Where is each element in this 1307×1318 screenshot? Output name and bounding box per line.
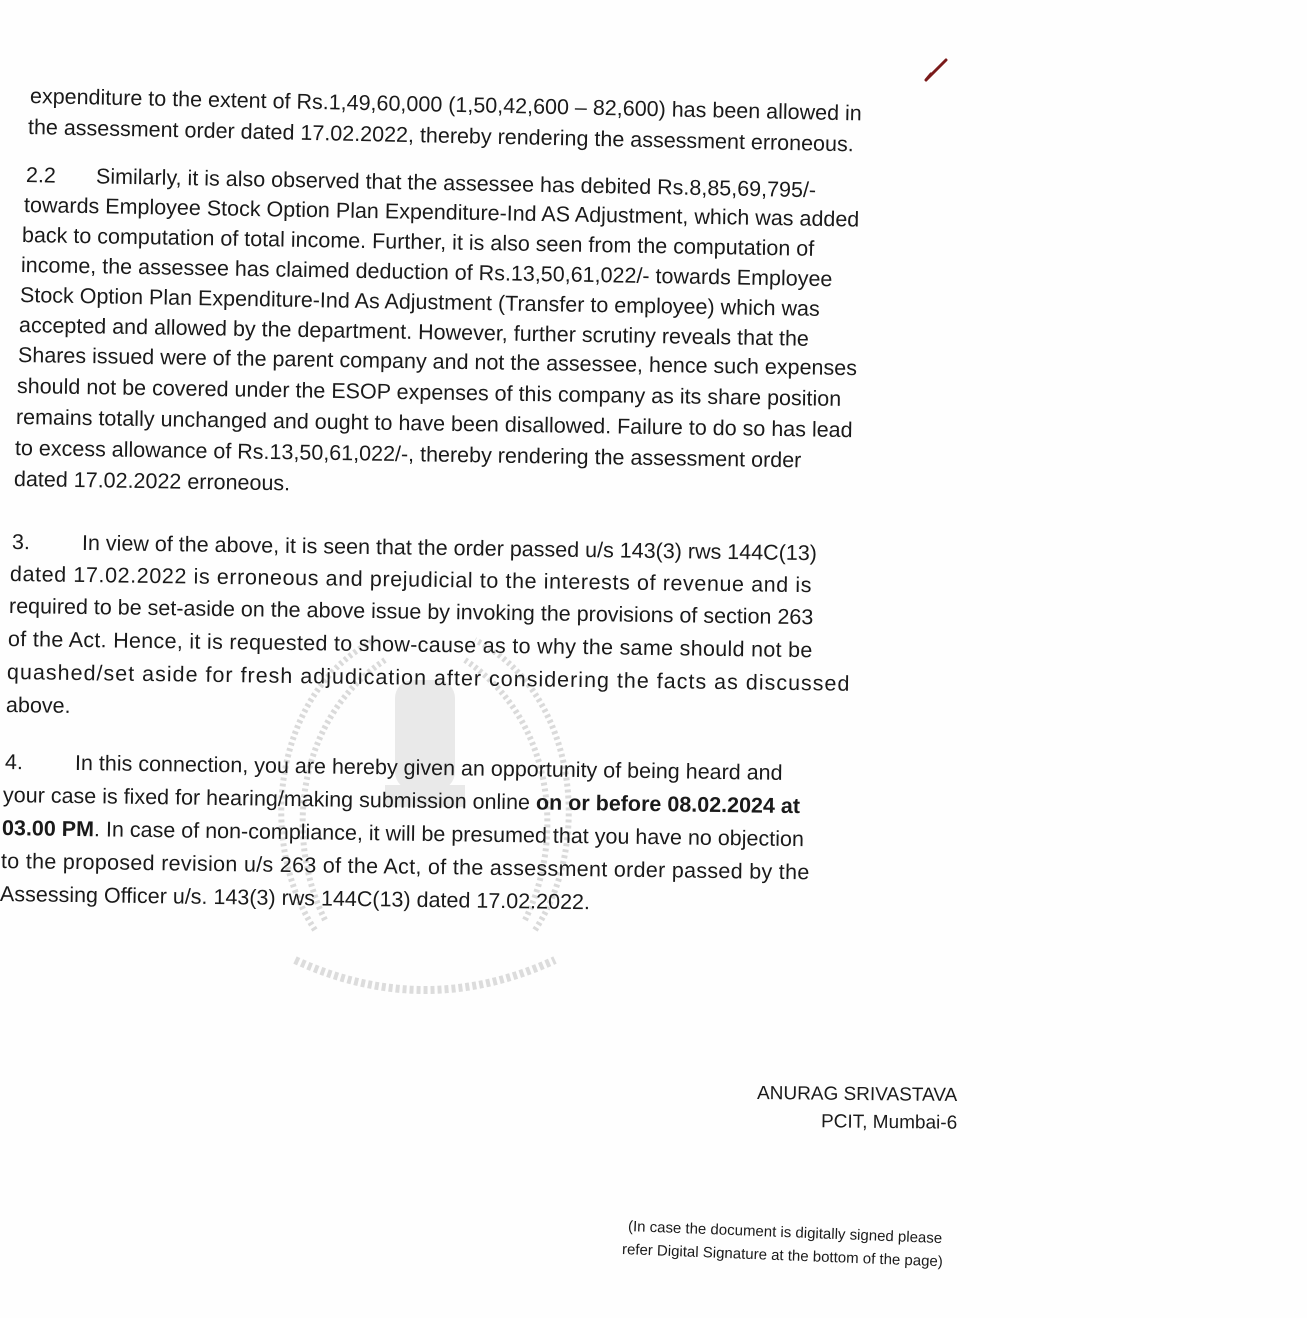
para-3-line: of the Act. Hence, it is requested to sh… bbox=[8, 627, 813, 663]
para-number: 3. bbox=[12, 530, 82, 556]
para-number: 2.2 bbox=[26, 163, 96, 189]
para-4-line: your case is fixed for hearing/making su… bbox=[3, 783, 800, 819]
para-text: In view of the above, it is seen that th… bbox=[82, 531, 817, 565]
para-3-first-line: 3.In view of the above, it is seen that … bbox=[12, 530, 817, 566]
para-3-line: above. bbox=[6, 693, 71, 719]
document-page: expenditure to the extent of Rs.1,49,60,… bbox=[0, 0, 1307, 1318]
para-number: 4. bbox=[5, 750, 75, 776]
para-2-2-line: to excess allowance of Rs.13,50,61,022/-… bbox=[15, 436, 802, 473]
para-4-line: to the proposed revision u/s 263 of the … bbox=[1, 849, 810, 885]
footnote-line: refer Digital Signature at the bottom of… bbox=[622, 1241, 943, 1270]
signatory-name: ANURAG SRIVASTAVA bbox=[757, 1083, 957, 1107]
para-3-line: quashed/set aside for fresh adjudication… bbox=[7, 660, 851, 697]
signatory-designation: PCIT, Mumbai-6 bbox=[821, 1111, 957, 1134]
para-2-2-line: dated 17.02.2022 erroneous. bbox=[14, 467, 290, 496]
hearing-time: 03.00 PM bbox=[2, 816, 94, 841]
para-4-first-line: 4.In this connection, you are hereby giv… bbox=[5, 750, 783, 786]
para-4-line: 03.00 PM. In case of non-compliance, it … bbox=[2, 816, 804, 852]
para-3-line: dated 17.02.2022 is erroneous and prejud… bbox=[10, 562, 812, 598]
para-text: your case is fixed for hearing/making su… bbox=[3, 783, 536, 814]
para-text: In this connection, you are hereby given… bbox=[75, 751, 783, 785]
para-3-line: required to be set-aside on the above is… bbox=[9, 594, 814, 630]
para-text: . In case of non-compliance, it will be … bbox=[94, 817, 804, 851]
hearing-date: on or before 08.02.2024 at bbox=[536, 790, 800, 818]
para-4-line: Assessing Officer u/s. 143(3) rws 144C(1… bbox=[0, 882, 590, 915]
checkmark-icon bbox=[922, 58, 950, 84]
